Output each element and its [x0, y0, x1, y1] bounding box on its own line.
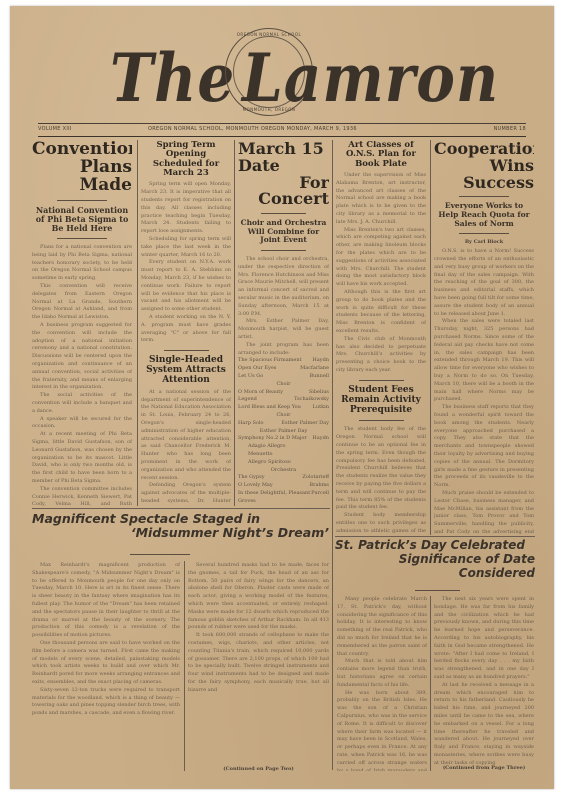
article-body: O.N.S. is to have a Norm! Success crowne… — [434, 248, 534, 536]
divider — [359, 380, 404, 381]
article-midsummer-col2: Several hundred masks had to be made, fa… — [188, 562, 329, 772]
column-rule — [332, 140, 333, 770]
issue-number: NUMBER 18 — [494, 126, 526, 132]
article-body: The next six years were spent in bondage… — [434, 596, 534, 768]
deck: Everyone Works to Help Reach Quota for S… — [434, 202, 534, 228]
program-movement: Adagio Allegro — [238, 443, 329, 451]
headline: ‘Midsummer Night’s Dream’ — [32, 526, 329, 540]
program-performer: Esther Palmer Day — [238, 428, 329, 436]
headline: Art Classes of O.N.S. Plan for Book Plat… — [336, 141, 426, 169]
article-single-headed: Single-Headed System Attracts Attention … — [141, 356, 231, 506]
article-body: Under the supervision of Miss Alabama Br… — [336, 172, 426, 375]
headline: Student Fees Remain Activity Prerequisit… — [336, 386, 426, 416]
continued-link[interactable]: (Continued on Page Two) — [188, 766, 329, 772]
section-rule — [335, 536, 535, 537]
program-item: O Lovely MayBrahms — [238, 482, 329, 490]
article-body: Plans for a national convention are bein… — [32, 244, 132, 506]
program-movement: Menuetto — [238, 451, 329, 459]
program-item: In these Delightful, Pleasant GrovesPurc… — [238, 490, 329, 506]
byline: By Carl Block — [434, 239, 534, 245]
headline: Magnificent Spectacle Staged in — [32, 512, 329, 526]
article-body: Many people celebrate March 17, St. Patr… — [337, 596, 427, 771]
article-body: The school choir and orchestra, under th… — [238, 256, 329, 357]
program-item: LegendTschaikowsky — [238, 396, 329, 404]
column-rule — [137, 140, 138, 506]
program-performer: Orchestra — [238, 467, 329, 475]
column-rule — [184, 561, 185, 771]
divider — [459, 196, 509, 197]
headline: St. Patrick’s Day Celebrated — [335, 539, 535, 553]
divider — [359, 420, 404, 421]
article-concert: March 15 Date For Concert Choir and Orch… — [238, 141, 329, 506]
article-midsummer-col1: Max Reinhardt's magnificent production o… — [32, 562, 180, 772]
dateline: VOLUME XIII OREGON NORMAL SCHOOL, MONMOU… — [38, 126, 526, 136]
program-item: Let Us GoBunnell — [238, 373, 329, 381]
article-body: At a national session of the department … — [141, 389, 231, 506]
headline: March 15 Date — [238, 141, 329, 175]
divider — [261, 213, 307, 214]
headline: For Concert — [238, 175, 329, 209]
deck: National Convention of Phi Beta Sigma to… — [32, 206, 132, 234]
article-art-classes: Art Classes of O.N.S. Plan for Book Plat… — [336, 141, 426, 375]
divider — [459, 233, 509, 234]
article-body: The student body fee of the Oregon Norma… — [336, 426, 426, 536]
program-performer: Choir — [238, 412, 329, 420]
headline: Spring Term Opening Scheduled for March … — [141, 141, 231, 178]
column-rule — [430, 140, 431, 535]
article-cooperation: Cooperation Wins Success Everyone Works … — [434, 141, 534, 536]
dateline-text: OREGON NORMAL SCHOOL, MONMOUTH OREGON MO… — [148, 126, 357, 132]
program-item: O Morn of BeautySibelius — [238, 389, 329, 397]
column-rule — [234, 140, 235, 506]
divider — [38, 136, 526, 137]
program-item: Harp SoloEsther Palmer Day — [238, 420, 329, 428]
program-item: The GypsyZolotarieff — [238, 474, 329, 482]
column-rule — [430, 596, 431, 771]
divider — [130, 554, 190, 555]
article-st-patrick-col1: Many people celebrate March 17, St. Patr… — [337, 596, 427, 771]
program-performer: Choir — [238, 381, 329, 389]
headline: Wins Success — [434, 158, 534, 192]
continued-link[interactable]: (Continued from Page Three) — [434, 765, 534, 771]
deck: Choir and Orchestra Will Combine for Joi… — [238, 219, 329, 245]
article-body: Spring term will open Monday, March 23. … — [141, 181, 231, 345]
program-item: Symphony No.2 in D MajorHaydn — [238, 435, 329, 443]
divider — [261, 250, 307, 251]
volume-label: VOLUME XIII — [38, 126, 72, 132]
masthead: The OREGON NORMAL SCHOOL MONMOUTH, OREGO… — [10, 6, 554, 124]
column-4: Art Classes of O.N.S. Plan for Book Plat… — [336, 141, 426, 536]
divider — [38, 123, 526, 124]
article-convention: Convention Plans Made National Conventio… — [32, 141, 132, 506]
st-patrick-headline-block: St. Patrick’s Day Celebrated Significanc… — [335, 539, 535, 589]
concert-program: The Spacious FirmamentHaydnOpen Our Eyes… — [238, 357, 329, 506]
column-2: Spring Term Opening Scheduled for March … — [141, 141, 231, 506]
divider — [57, 200, 107, 201]
article-st-patrick-col2: The next six years were spent in bondage… — [434, 596, 534, 771]
newspaper-page: The OREGON NORMAL SCHOOL MONMOUTH, OREGO… — [10, 6, 554, 789]
divider — [57, 238, 107, 239]
headline: Plans Made — [32, 159, 132, 195]
program-movement: Allegro Spiritoso — [238, 459, 329, 467]
article-body: Max Reinhardt's magnificent production o… — [32, 562, 180, 718]
program-item: Lord Bless and Keep YouLutkin — [238, 404, 329, 412]
headline: Significance of Date Considered — [335, 553, 535, 581]
article-spring-term: Spring Term Opening Scheduled for March … — [141, 141, 231, 345]
program-item: Open Our EyesMacfarlane — [238, 365, 329, 373]
masthead-title-name: Lamron — [242, 39, 499, 117]
divider — [415, 590, 460, 591]
divider — [164, 350, 209, 351]
section-rule — [32, 508, 330, 509]
headline: Single-Headed System Attracts Attention — [141, 356, 231, 386]
article-body: Several hundred masks had to be made, fa… — [188, 562, 329, 695]
program-item: The Spacious FirmamentHaydn — [238, 357, 329, 365]
article-student-fees: Student Fees Remain Activity Prerequisit… — [336, 386, 426, 536]
midsummer-headline-block: Magnificent Spectacle Staged in ‘Midsumm… — [32, 512, 329, 550]
masthead-title-the: The — [110, 39, 235, 117]
